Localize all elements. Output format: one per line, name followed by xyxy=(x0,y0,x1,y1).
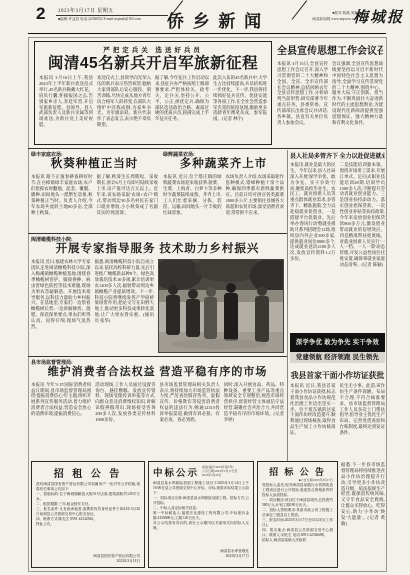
lead-story-box: 严把定兵关 选送好兵员 闽清45名新兵开启军旅新征程 本报讯 3月16日上午,我… xyxy=(34,41,272,145)
farm2-headline: 多种蔬菜齐上市 xyxy=(163,158,284,171)
tech-col-2: 据悉,闽清橄榄科技小院自成立以来,依托高校科研力量,先后引进推广橄榄新品种8个、… xyxy=(95,259,155,351)
farm2-story: 绿辉蔬菜农场: 多种蔬菜齐上市 本报讯 近日,位于塔庄镇的绿辉蔬菜农场迎来收获季… xyxy=(163,151,284,232)
tech-story: 闽清橄榄科技小院: 开展专家指导服务 技术助力乡村振兴 本报讯 近日,福建农林大… xyxy=(31,236,284,353)
lead-headline: 闽清45名新兵开启军旅新征程 xyxy=(39,55,267,72)
tender-notice-box: 招 标 公 告 ■公告日期:2023年3月17日 受招标人委托,现对闽清县某镇污… xyxy=(257,461,338,568)
farm1-col-2: 据了解,秋葵生长周期短、采收期长,预计6月上旬即可陆续采收上市,亩产值可达万元以… xyxy=(97,174,159,232)
tender-notice-body: 受招标人委托,现对闽清县某镇污水管网改造工程项目进行公开招标,欢迎符合资格条件的… xyxy=(262,483,333,563)
workshop-headline: 我县首家干面小作坊证获批 xyxy=(290,370,385,381)
lead-col-4: 此次入伍的45名新兵中,大学生占比持续提高,兵员结构进一步优化。下一步,我县将持… xyxy=(213,75,267,139)
lead-col-3: 据了解,今年征兵工作启动以来,县征兵办严格按照上级部署要求,严把体检关、政考关、… xyxy=(155,75,209,139)
lead-col-2: 欢送仪式上,县领导向光荣入伍的新兵表示热烈祝贺,勉励大家到部队后安心服役、刻苦训… xyxy=(97,75,151,139)
market-col-3: 县市场监督管理局相关负责人表示,将持续加大市场监管执法力度,严厉查处假冒伪劣、虚… xyxy=(160,382,220,454)
lead-col-1: 本报讯 3月16日上午,我县2023年上半年新兵欢送仪式举行,45名新兵胸戴大红… xyxy=(39,75,93,139)
page-number: 2 xyxy=(36,4,45,24)
slogan-line-1: 深学争优 敢为争先 实干争效 xyxy=(290,333,385,352)
market-headline: 维护消费者合法权益 营造平稳有序的市场 xyxy=(31,366,284,379)
editor-line: ■编辑:许益昌 电话:22330052 E-mail:mqmzb@163.com xyxy=(58,17,141,22)
slogan-line-2: 党建领航 经济领跑 民生领先 xyxy=(290,352,385,363)
tech-label: 闽清橄榄科技小院: xyxy=(31,236,284,243)
employment-headline: 县人社局多管齐下 全力以赴促进就业 xyxy=(290,151,385,160)
news-photo xyxy=(158,259,284,353)
farm2-label: 绿辉蔬菜农场: xyxy=(163,151,284,158)
farm2-col-2: 农场负责人介绍,农场采取轮作套种模式,错峰种植十余个品种,确保四季都有新鲜蔬菜供… xyxy=(226,174,285,232)
market-label: 县市场监督管理局: xyxy=(31,359,284,366)
workshop-bottom-col: 据悉,下一步县市场监督管理局将持续推进食品小作坊治理提升行动,引导更多小作坊改造… xyxy=(341,462,385,566)
header-bottom-rule xyxy=(28,33,386,34)
rent-notice-body: 兹有闽清县国有资产营运有限公司权属房产一处对外公开招租,现将有关事项公告如下: … xyxy=(36,482,140,554)
rent-notice-title: 招 租 公 告 xyxy=(36,465,140,480)
market-story: 县市场监督管理局: 维护消费者合法权益 营造平稳有序的市场 本报讯 今年'3·1… xyxy=(31,359,284,454)
workshop-body: 本报讯 近日,我县首家干面小作坊证获批,标志着我县食品小作坊规范化治理工作迈出坚… xyxy=(290,383,385,457)
farm1-label: 绿丰家庭农场: xyxy=(31,151,158,158)
employment-col-2: 二是技能培训强本领。围绕市场用工需求,开展订单式、定向式职业技能培训28期,培训… xyxy=(340,162,386,330)
rent-notice-signature: 闽清县国有资产营运有限公司 2023年3月14日 xyxy=(36,554,140,564)
meeting-col-2: 会议强调,全县宣传思想战线要坚持以习近平新时代中国特色社会主义思想为指导,全面学… xyxy=(332,61,383,149)
row2-divider xyxy=(28,233,287,234)
tech-col-1: 本报讯 近日,福建农林大学专家团队走进闽清橄榄科技小院,深入梅溪镇橄榄种植基地,… xyxy=(31,259,91,351)
farm2-col-1: 本报讯 近日,位于塔庄镇的绿辉蔬菜农场迎来收获季,菠菜、生菜、上海青、白萝卜等多… xyxy=(163,174,222,232)
market-col-2: 活动现场,工作人员通过设置咨询台、悬挂横幅、发放宣传资料、现场受理投诉举报等方式… xyxy=(95,382,155,454)
lead-kicker: 严把定兵关 选送好兵员 xyxy=(39,45,267,54)
farm1-col-1: 本报讯 眼下正值春耕备耕好时节,在白樟镇绿丰家庭农场,农户们抢抓农时翻地、起垄、… xyxy=(31,174,93,232)
row3-divider xyxy=(28,356,287,357)
market-col-4: 同时,深入开展食品、药品、特种设备、重要工业产品等重点领域安全专项整治,规范市场… xyxy=(224,382,284,454)
employment-col-1: 本报讯 就业是最大的民生。今年以来,县人社局深入开展'深学争优、敢为争先、实干争… xyxy=(290,162,336,330)
meeting-headline: 全县宣传思想工作会议召开 xyxy=(277,42,383,57)
workshop-col-1: 本报讯 近日,我县首家干面小作坊证获批,标志着我县食品小作坊规范化治理工作迈出坚… xyxy=(290,383,336,457)
rent-notice-box: 招 租 公 告 兹有闽清县国有资产营运有限公司权属房产一处对外公开招租,现将有关… xyxy=(31,461,145,568)
meeting-col-1: 本报讯 3月15日,全县宣传思想工作会议召开,深入学习贯彻党的二十大精神和全国、… xyxy=(277,61,328,149)
masthead: 梅城报 xyxy=(340,6,404,27)
slogan-box: 深学争优 敢为争先 实干争效 党建领航 经济领跑 民生领先 xyxy=(290,333,385,363)
bid-result-title: 中标公示 xyxy=(153,465,199,479)
farm1-headline: 秋葵种植正当时 xyxy=(31,158,158,171)
tender-notice-title: 招 标 公 告 xyxy=(262,465,333,478)
tender-side-note: ■公告日期:2023年3月17日 xyxy=(262,478,333,482)
workshop-col-2: 民生无小事。此前,该作坊生产条件简陋、布局不合理,不符合核准要求。县市场监督管理… xyxy=(340,383,386,457)
bid-result-box: 中标公示 (招标编号:2023年第3号) 公示日期:2023年3月17日至 20… xyxy=(148,461,254,568)
bid-result-body: 闽清县某水库除险加固工程施工项目于2023年3月14日上午10:00在县公共资源… xyxy=(153,481,249,549)
market-col-1: 本报讯 今年'3·15'国际消费者权益日期间,县市场监督管理局围绕'提振消费信心… xyxy=(31,382,91,454)
newspaper-page: 2 2023年3月17日 星期五 ■编辑:许益昌 电话:22330052 E-m… xyxy=(0,0,410,575)
row1-divider xyxy=(28,148,386,149)
date-line: 2023年3月17日 星期五 xyxy=(58,7,114,14)
tech-headline: 开展专家指导服务 技术助力乡村振兴 xyxy=(31,243,284,256)
meeting-story: 全县宣传思想工作会议召开 本报讯 3月15日,全县宣传思想工作会议召开,深入学习… xyxy=(277,42,383,149)
bid-result-signature: 闽清县水库管理处 2023年3月17日 xyxy=(153,549,249,559)
section-title: 侨 乡 新 闻 xyxy=(150,7,280,32)
bid-result-side-note: (招标编号:2023年第3号) 公示日期:2023年3月17日至 2023年3月… xyxy=(202,465,237,477)
farm1-story: 绿丰家庭农场: 秋葵种植正当时 本报讯 眼下正值春耕备耕好时节,在白樟镇绿丰家庭… xyxy=(31,151,158,232)
employment-body: 本报讯 就业是最大的民生。今年以来,县人社局深入开展'深学争优、敢为争先、实干争… xyxy=(290,162,385,330)
